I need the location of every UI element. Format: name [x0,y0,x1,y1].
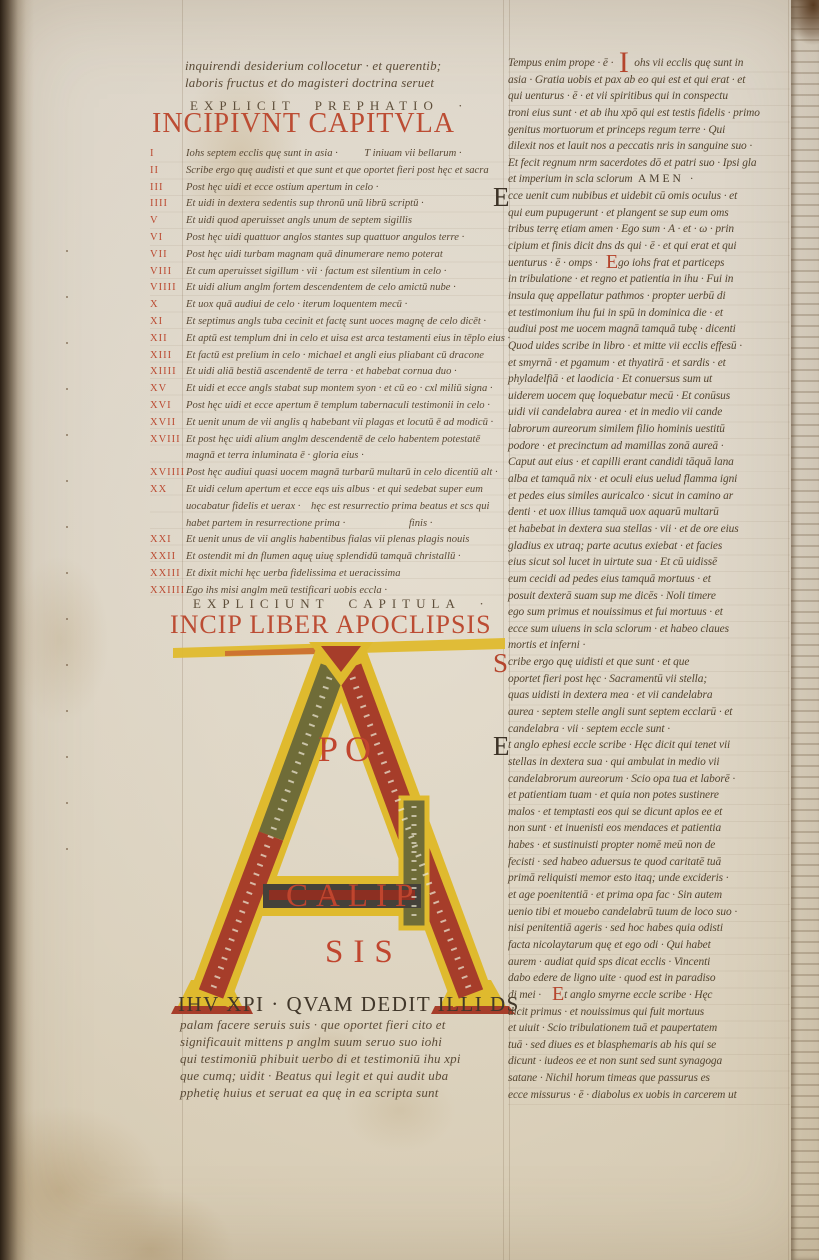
text-line: nisi penitentiā ageris · sed hoc habes q… [508,920,760,937]
chapter-row: XXEt uidi celum apertum et ecce eqs uis … [150,482,510,499]
text-segment: et patientiam tuam · et quia non potes s… [508,789,719,801]
jesus-christ-title-line: IHV XPI · QVAM DEDIT ILLI DS [178,992,520,1017]
chapter-row: XVIPost hęc uidi et ecce apertum ē templ… [150,398,510,415]
text-line: eius sicut sol lucet in uirtute sua · Et… [508,554,760,571]
chapter-numeral: XXII [150,549,186,566]
text-segment: ecce sum uiuens in scla sclorum · et hab… [508,623,729,635]
chapter-text: habet partem in resurrectione prima · fi… [186,516,432,533]
text-segment: troni eius sunt · et ab ihu xpō qui est … [508,107,760,119]
text-line: uiderem uocem quę loquebatur mecū · Et c… [508,388,760,405]
text-line: di mei · Et anglo smyrne eccle scribe · … [508,987,760,1004]
text-line: uidi vii candelabra aurea · et in medio … [508,404,760,421]
drop-initial: E [606,251,618,273]
text-segment: candelabra · vii · septem eccle sunt · [508,723,670,735]
text-line: candelabrorum aureorum · Scio opa tua et… [508,771,760,788]
chapter-row: habet partem in resurrectione prima · fi… [150,516,510,533]
chapter-text: Et septimus angls tuba cecinit et factę … [186,314,486,331]
prologue-line: laboris fructus et do magisteri doctrina… [185,74,441,91]
chapter-row: magnā et terra inluminata ē · gloria eiu… [150,448,510,465]
text-segment: qui eum pupugerunt · et plangent se sup … [508,207,729,219]
text-line: malos · et temptasti eos qui se dicunt a… [508,804,760,821]
opening-text-lines: palam facere seruis suis · que oportet f… [180,1016,461,1101]
manuscript-photo: { "colors":{"rubric":"#b5492f","ink":"#5… [0,0,819,1260]
chapter-numeral: XVII [150,415,186,432]
text-segment: nisi penitentiā ageris · sed hoc habes q… [508,922,723,934]
chapter-text: Post hęc uidi turbam magnam quā dinumera… [186,247,443,264]
text-line: uenturus · ē · omps · Ego iohs frat et p… [508,255,760,272]
chapter-text: Et uidi alium anglm fortem descendentem … [186,280,456,297]
chapter-row: XVIIEt uenit unum de vii anglis q habeba… [150,415,510,432]
chapter-text: Et aptū est templum dni in celo et uisa … [186,331,510,348]
prologue-line: inquirendi desiderium collocetur · et qu… [185,57,441,74]
text-segment: audiui post me uocem magnā tamquā tubę ·… [508,323,736,335]
text-segment: posuit dexterā suam sup me dicēs · Noli … [508,590,716,602]
text-segment: in tribulatione · et regno et patientia … [508,273,733,285]
text-segment: facta nicolaytarum quę et ego odi · Qui … [508,939,711,951]
chapter-text: Post hęc audiui quasi uocem magnā turbar… [186,465,498,482]
chapter-text: Iohs septem ecclis quę sunt in asia · T … [186,146,462,163]
text-line: qui uenturus · ē · et vii spiritibus qui… [508,88,760,105]
chapter-text: Et cum aperuisset sigillum · vii · factu… [186,264,446,281]
text-segment: asia · Gratia uobis et pax ab eo qui est… [508,74,745,86]
chapter-row: XIEt septimus angls tuba cecinit et fact… [150,314,510,331]
text-segment: malos · et temptasti eos qui se dicunt a… [508,806,722,818]
chapter-numeral [150,499,186,516]
text-line: podore · et precinctum ad mamillas zonā … [508,438,760,455]
text-line: dicunt · iudeos ee et non sunt sed sunt … [508,1053,760,1070]
text-segment: tribus terrę etiam amen · Ego sum · A · … [508,223,734,235]
text-segment: Tempus enim prope · ē · [508,57,619,69]
chapter-text: Scribe ergo quę audisti et que sunt et q… [186,163,489,180]
text-line: asia · Gratia uobis et pax ab eo qui est… [508,72,760,89]
text-segment: dicunt · iudeos ee et non sunt sed sunt … [508,1055,722,1067]
text-segment: denti · et uox illius tamquā uox aquarū … [508,506,719,518]
chapter-text: Et uidi aliā bestiā ascendentē de terra … [186,364,457,381]
text-line: aurea · septem stelle angli sunt septem … [508,704,760,721]
chapter-row: XXIIIEt dixit michi hęc uerba fidelissim… [150,566,510,583]
chapter-numeral: XV [150,381,186,398]
right-column-text: Tempus enim prope · ē · I ohs vii ecclis… [508,55,760,1103]
text-segment: Et fecit regnum nrm sacerdotes dō et pat… [508,157,756,169]
text-segment: alba et tamquā nix · et oculi eius uelud… [508,473,737,485]
text-segment: aurem · audiat quid sps dicat ecclis · V… [508,956,710,968]
text-segment: et smyrnā · et pgamum · et thyatirā · et… [508,357,726,369]
text-line: uenio tibi et mouebo candelabrū tuum de … [508,904,760,921]
column-rule-right [788,0,789,1260]
chapter-numeral: XVIII [150,432,186,449]
text-segment: cribe ergo quę uidisti et que sunt · et … [508,656,689,668]
text-line: primā reliquisti memor esto itaq; unde e… [508,870,760,887]
chapter-row: XVIIIEt post hęc uidi alium anglm descen… [150,432,510,449]
text-segment: uiderem uocem quę loquebatur mecū · Et c… [508,390,730,402]
text-segment: insula quę appellatur pathmos · propter … [508,290,726,302]
text-line: et testimonium ihu fui in spū in dominic… [508,305,760,322]
text-line: stellas in dextera sua · qui ambulat in … [508,754,760,771]
apocalipsis-syllable-po: PO [318,728,378,770]
text-segment: uenturus · ē · omps · [508,257,606,269]
text-segment: uidi vii candelabra aurea · et in medio … [508,406,722,418]
prologue-end-lines: inquirendi desiderium collocetur · et qu… [185,57,441,91]
text-segment: ego sum primus et nouissimus et fui mort… [508,606,723,618]
text-line: troni eius sunt · et ab ihu xpō qui est … [508,105,760,122]
text-segment: podore · et precinctum ad mamillas zonā … [508,440,724,452]
text-segment: cipium et finis dicit dns ds qui · ē · e… [508,240,736,252]
chapter-row: uocabatur fidelis et uerax · hęc est res… [150,499,510,516]
text-line: genitus mortuorum et princeps regum terr… [508,122,760,139]
chapter-numeral: XII [150,331,186,348]
opening-line: qui testimoniū phibuit uerbo di et testi… [180,1050,461,1067]
text-line: facta nicolaytarum quę et ego odi · Qui … [508,937,760,954]
text-segment: qui uenturus · ē · et vii spiritibus qui… [508,90,728,102]
text-line: in tribulatione · et regno et patientia … [508,271,760,288]
chapter-numeral: I [150,146,186,163]
text-segment: oportet fieri post hęc · Sacramentū vii … [508,673,707,685]
text-segment: gladius ex utraq; parte acutus exiebat ·… [508,540,722,552]
chapter-numeral: IIII [150,196,186,213]
text-line: labrorum aureorum similem filio hominis … [508,421,760,438]
chapter-row: VEt uidi quod aperuisset angls unum de s… [150,213,510,230]
chapter-text: magnā et terra inluminata ē · gloria eiu… [186,448,364,465]
text-segment: t anglo smyrne eccle scribe · Hęc [564,989,712,1001]
chapter-row: IIIPost hęc uidi et ecce ostium apertum … [150,180,510,197]
text-segment: stellas in dextera sua · qui ambulat in … [508,756,720,768]
text-line: cipium et finis dicit dns ds qui · ē · e… [508,238,760,255]
apocalipsis-syllable-sis: SIS [325,934,403,971]
chapter-row: XVEt uidi et ecce angls stabat sup monte… [150,381,510,398]
text-line: ecce sum uiuens in scla sclorum · et hab… [508,621,760,638]
chapter-row: XIIEt aptū est templum dni in celo et ui… [150,331,510,348]
chapter-row: XEt uox quā audiui de celo · iterum loqu… [150,297,510,314]
text-line: dilexit nos et lauit nos a peccatis nris… [508,138,760,155]
chapter-text: Post hęc uidi et ecce apertum ē templum … [186,398,490,415]
text-segment: dabo edere de ligno uite · quod est in p… [508,972,715,984]
chapter-numeral: XXIII [150,566,186,583]
prick-marks [66,250,68,890]
chapter-row: VIIIIEt uidi alium anglm fortem descende… [150,280,510,297]
chapter-text: Et uidi quod aperuisset angls unum de se… [186,213,412,230]
text-line: denti · et uox illius tamquā uox aquarū … [508,504,760,521]
text-line: et imperium in scla sclorum AMEN · [508,171,760,188]
chapter-numeral: X [150,297,186,314]
chapter-numeral: VI [150,230,186,247]
text-segment: quas uidisti in dextera mea · et vii can… [508,689,712,701]
text-line: gladius ex utraq; parte acutus exiebat ·… [508,538,760,555]
chapter-row: IIohs septem ecclis quę sunt in asia · T… [150,146,510,163]
text-line: Et fecit regnum nrm sacerdotes dō et pat… [508,155,760,172]
chapter-text: Et uox quā audiui de celo · iterum loque… [186,297,407,314]
chapter-text: Et uidi in dextera sedentis sup thronū u… [186,196,424,213]
chapter-numeral: V [150,213,186,230]
text-line: dabo edere de ligno uite · quod est in p… [508,970,760,987]
binding-gutter-shadow [0,0,34,1260]
text-line: phyladelfiā · et laodicia · Et conuersus… [508,371,760,388]
text-line: qui eum pupugerunt · et plangent se sup … [508,205,760,222]
text-segment: satane · Nichil horum timeas que passuru… [508,1072,710,1084]
chapter-row: XXIEt uenit unus de vii anglis habentibu… [150,532,510,549]
text-line: et habebat in dextera sua stellas · vii … [508,521,760,538]
text-segment: Quod uides scribe in libro · et mitte vi… [508,340,742,352]
chapter-numeral [150,448,186,465]
opening-line: que cumq; uidit · Beatus qui legit et qu… [180,1067,461,1084]
text-line: et pedes eius similes auricalco · sicut … [508,488,760,505]
book-fore-edge [791,0,819,1260]
chapter-row: VIIPost hęc uidi turbam magnam quā dinum… [150,247,510,264]
chapter-numeral: VII [150,247,186,264]
text-segment: phyladelfiā · et laodicia · Et conuersus… [508,373,712,385]
text-line: et smyrnā · et pgamum · et thyatirā · et… [508,355,760,372]
chapter-row: XIIIEt factū est prelium in celo · micha… [150,348,510,365]
text-line: insula quę appellatur pathmos · propter … [508,288,760,305]
text-segment: Caput aut eius · et capilli erant candid… [508,456,734,468]
drop-initial: E [552,983,564,1005]
text-segment: mortis et inferni · [508,639,585,651]
text-line: alba et tamquā nix · et oculi eius uelud… [508,471,760,488]
chapter-numeral: XIIII [150,364,186,381]
text-line: et patientiam tuam · et quia non potes s… [508,787,760,804]
text-segment: labrorum aureorum similem filio hominis … [508,423,725,435]
text-segment: uenio tibi et mouebo candelabrū tuum de … [508,906,737,918]
chapter-text: uocabatur fidelis et uerax · hęc est res… [186,499,489,516]
chapter-list: IIohs septem ecclis quę sunt in asia · T… [150,146,510,600]
chapter-numeral [150,516,186,533]
chapter-text: Post hęc uidi quattuor anglos stantes su… [186,230,464,247]
chapter-numeral: XVI [150,398,186,415]
chapter-row: VIIIEt cum aperuisset sigillum · vii · f… [150,264,510,281]
text-segment: eius sicut sol lucet in uirtute sua · Et… [508,556,717,568]
text-line: oportet fieri post hęc · Sacramentū vii … [508,671,760,688]
text-line: fecisti · sed habeo aduersus te quod car… [508,854,760,871]
chapter-row: XIIIIEt uidi aliā bestiā ascendentē de t… [150,364,510,381]
chapter-row: XXIIEt ostendit mi dn flumen aquę uiuę s… [150,549,510,566]
text-segment: candelabrorum aureorum · Scio opa tua et… [508,773,735,785]
text-line: eum cecidi ad pedes eius tamquā mortuus … [508,571,760,588]
text-segment: tuā · sed diues es et blasphemaris ab hi… [508,1039,716,1051]
chapter-numeral: XI [150,314,186,331]
parchment-page: inquirendi desiderium collocetur · et qu… [0,0,819,1260]
text-segment: eum cecidi ad pedes eius tamquā mortuus … [508,573,711,585]
text-segment: dicit primus · et nouissimus qui fuit mo… [508,1006,704,1018]
chapter-text: Et dixit michi hęc uerba fidelissima et … [186,566,401,583]
text-line: Ecce uenit cum nubibus et uidebit cū omi… [508,188,760,205]
chapter-numeral: XXIIII [150,583,186,600]
text-segment: ohs vii ecclis quę sunt in [629,57,744,69]
text-line: habes · et sustinuisti propter nomē meū … [508,837,760,854]
chapter-numeral: II [150,163,186,180]
text-line: et age poenitentiā · et prima opa fac · … [508,887,760,904]
chapter-text: Et uidi celum apertum et ecce eqs uis al… [186,482,483,499]
text-line: tribus terrę etiam amen · Ego sum · A · … [508,221,760,238]
text-segment: et imperium in scla sclorum [508,173,638,185]
text-line: Scribe ergo quę uidisti et que sunt · et… [508,654,760,671]
chapter-text: Et ostendit mi dn flumen aquę uiuę splen… [186,549,461,566]
text-segment: et uiuit · Scio tribulationem tuā et pau… [508,1022,717,1034]
text-segment: ecce missurus · ē · diabolus ex uobis in… [508,1089,737,1101]
chapter-text: Et uidi et ecce angls stabat sup montem … [186,381,493,398]
chapter-row: IIIIEt uidi in dextera sedentis sup thro… [150,196,510,213]
chapter-text: Et uenit unus de vii anglis habentibus f… [186,532,469,549]
text-line: Caput aut eius · et capilli erant candid… [508,454,760,471]
text-segment: et habebat in dextera sua stellas · vii … [508,523,739,535]
chapter-numeral: VIII [150,264,186,281]
apocalipsis-syllable-calip: CALIP [286,878,421,915]
text-segment: AMEN · [638,173,697,185]
text-segment: cce uenit cum nubibus et uidebit cū omis… [508,190,737,202]
opening-line: pphetię huius et seruat ea quę in ea scr… [180,1084,461,1101]
opening-line: palam facere seruis suis · que oportet f… [180,1016,461,1033]
text-line: et uiuit · Scio tribulationem tuā et pau… [508,1020,760,1037]
text-line: quas uidisti in dextera mea · et vii can… [508,687,760,704]
chapter-row: IIScribe ergo quę audisti et que sunt et… [150,163,510,180]
chapter-row: XVIIIIPost hęc audiui quasi uocem magnā … [150,465,510,482]
chapter-numeral: III [150,180,186,197]
text-line: Quod uides scribe in libro · et mitte vi… [508,338,760,355]
text-line: tuā · sed diues es et blasphemaris ab hi… [508,1037,760,1054]
text-segment: et testimonium ihu fui in spū in dominic… [508,307,723,319]
text-segment: habes · et sustinuisti propter nomē meū … [508,839,715,851]
text-segment: aurea · septem stelle angli sunt septem … [508,706,732,718]
text-line: ecce missurus · ē · diabolus ex uobis in… [508,1087,760,1104]
chapter-numeral: VIIII [150,280,186,297]
text-segment: et pedes eius similes auricalco · sicut … [508,490,733,502]
text-line: posuit dexterā suam sup me dicēs · Noli … [508,588,760,605]
text-line: aurem · audiat quid sps dicat ecclis · V… [508,954,760,971]
text-line: ego sum primus et nouissimus et fui mort… [508,604,760,621]
text-segment: primā reliquisti memor esto itaq; unde e… [508,872,728,884]
chapter-text: Et post hęc uidi alium anglm descendentē… [186,432,480,449]
text-line: non sunt · et inuenisti eos mendaces et … [508,820,760,837]
text-segment: non sunt · et inuenisti eos mendaces et … [508,822,721,834]
text-segment: dilexit nos et lauit nos a peccatis nris… [508,140,752,152]
chapter-text: Post hęc uidi et ecce ostium apertum in … [186,180,378,197]
incipiunt-capitula-heading: INCIPIVNT CAPITVLA [152,108,455,140]
text-line: mortis et inferni · [508,637,760,654]
chapter-text: Et factū est prelium in celo · michael e… [186,348,484,365]
chapter-text: Et uenit unum de vii anglis q habebant v… [186,415,493,432]
text-segment: go iohs frat et particeps [618,257,724,269]
text-segment: fecisti · sed habeo aduersus te quod car… [508,856,721,868]
text-line: satane · Nichil horum timeas que passuru… [508,1070,760,1087]
text-segment: di mei · [508,989,552,1001]
chapter-numeral: XIII [150,348,186,365]
opening-line: significauit mittens p anglm suum seruo … [180,1033,461,1050]
text-line: candelabra · vii · septem eccle sunt · [508,721,760,738]
text-line: Et anglo ephesi eccle scribe · Hęc dicit… [508,737,760,754]
chapter-numeral: XX [150,482,186,499]
text-line: audiui post me uocem magnā tamquā tubę ·… [508,321,760,338]
text-segment: genitus mortuorum et princeps regum terr… [508,124,725,136]
text-segment: et age poenitentiā · et prima opa fac · … [508,889,722,901]
text-line: Tempus enim prope · ē · I ohs vii ecclis… [508,55,760,72]
chapter-numeral: XXI [150,532,186,549]
incipit-liber-heading: INCIP LIBER APOCLIPSIS [170,610,492,640]
chapter-row: VIPost hęc uidi quattuor anglos stantes … [150,230,510,247]
chapter-numeral: XVIIII [150,465,186,482]
text-line: dicit primus · et nouissimus qui fuit mo… [508,1004,760,1021]
text-segment: t anglo ephesi eccle scribe · Hęc dicit … [508,739,730,751]
